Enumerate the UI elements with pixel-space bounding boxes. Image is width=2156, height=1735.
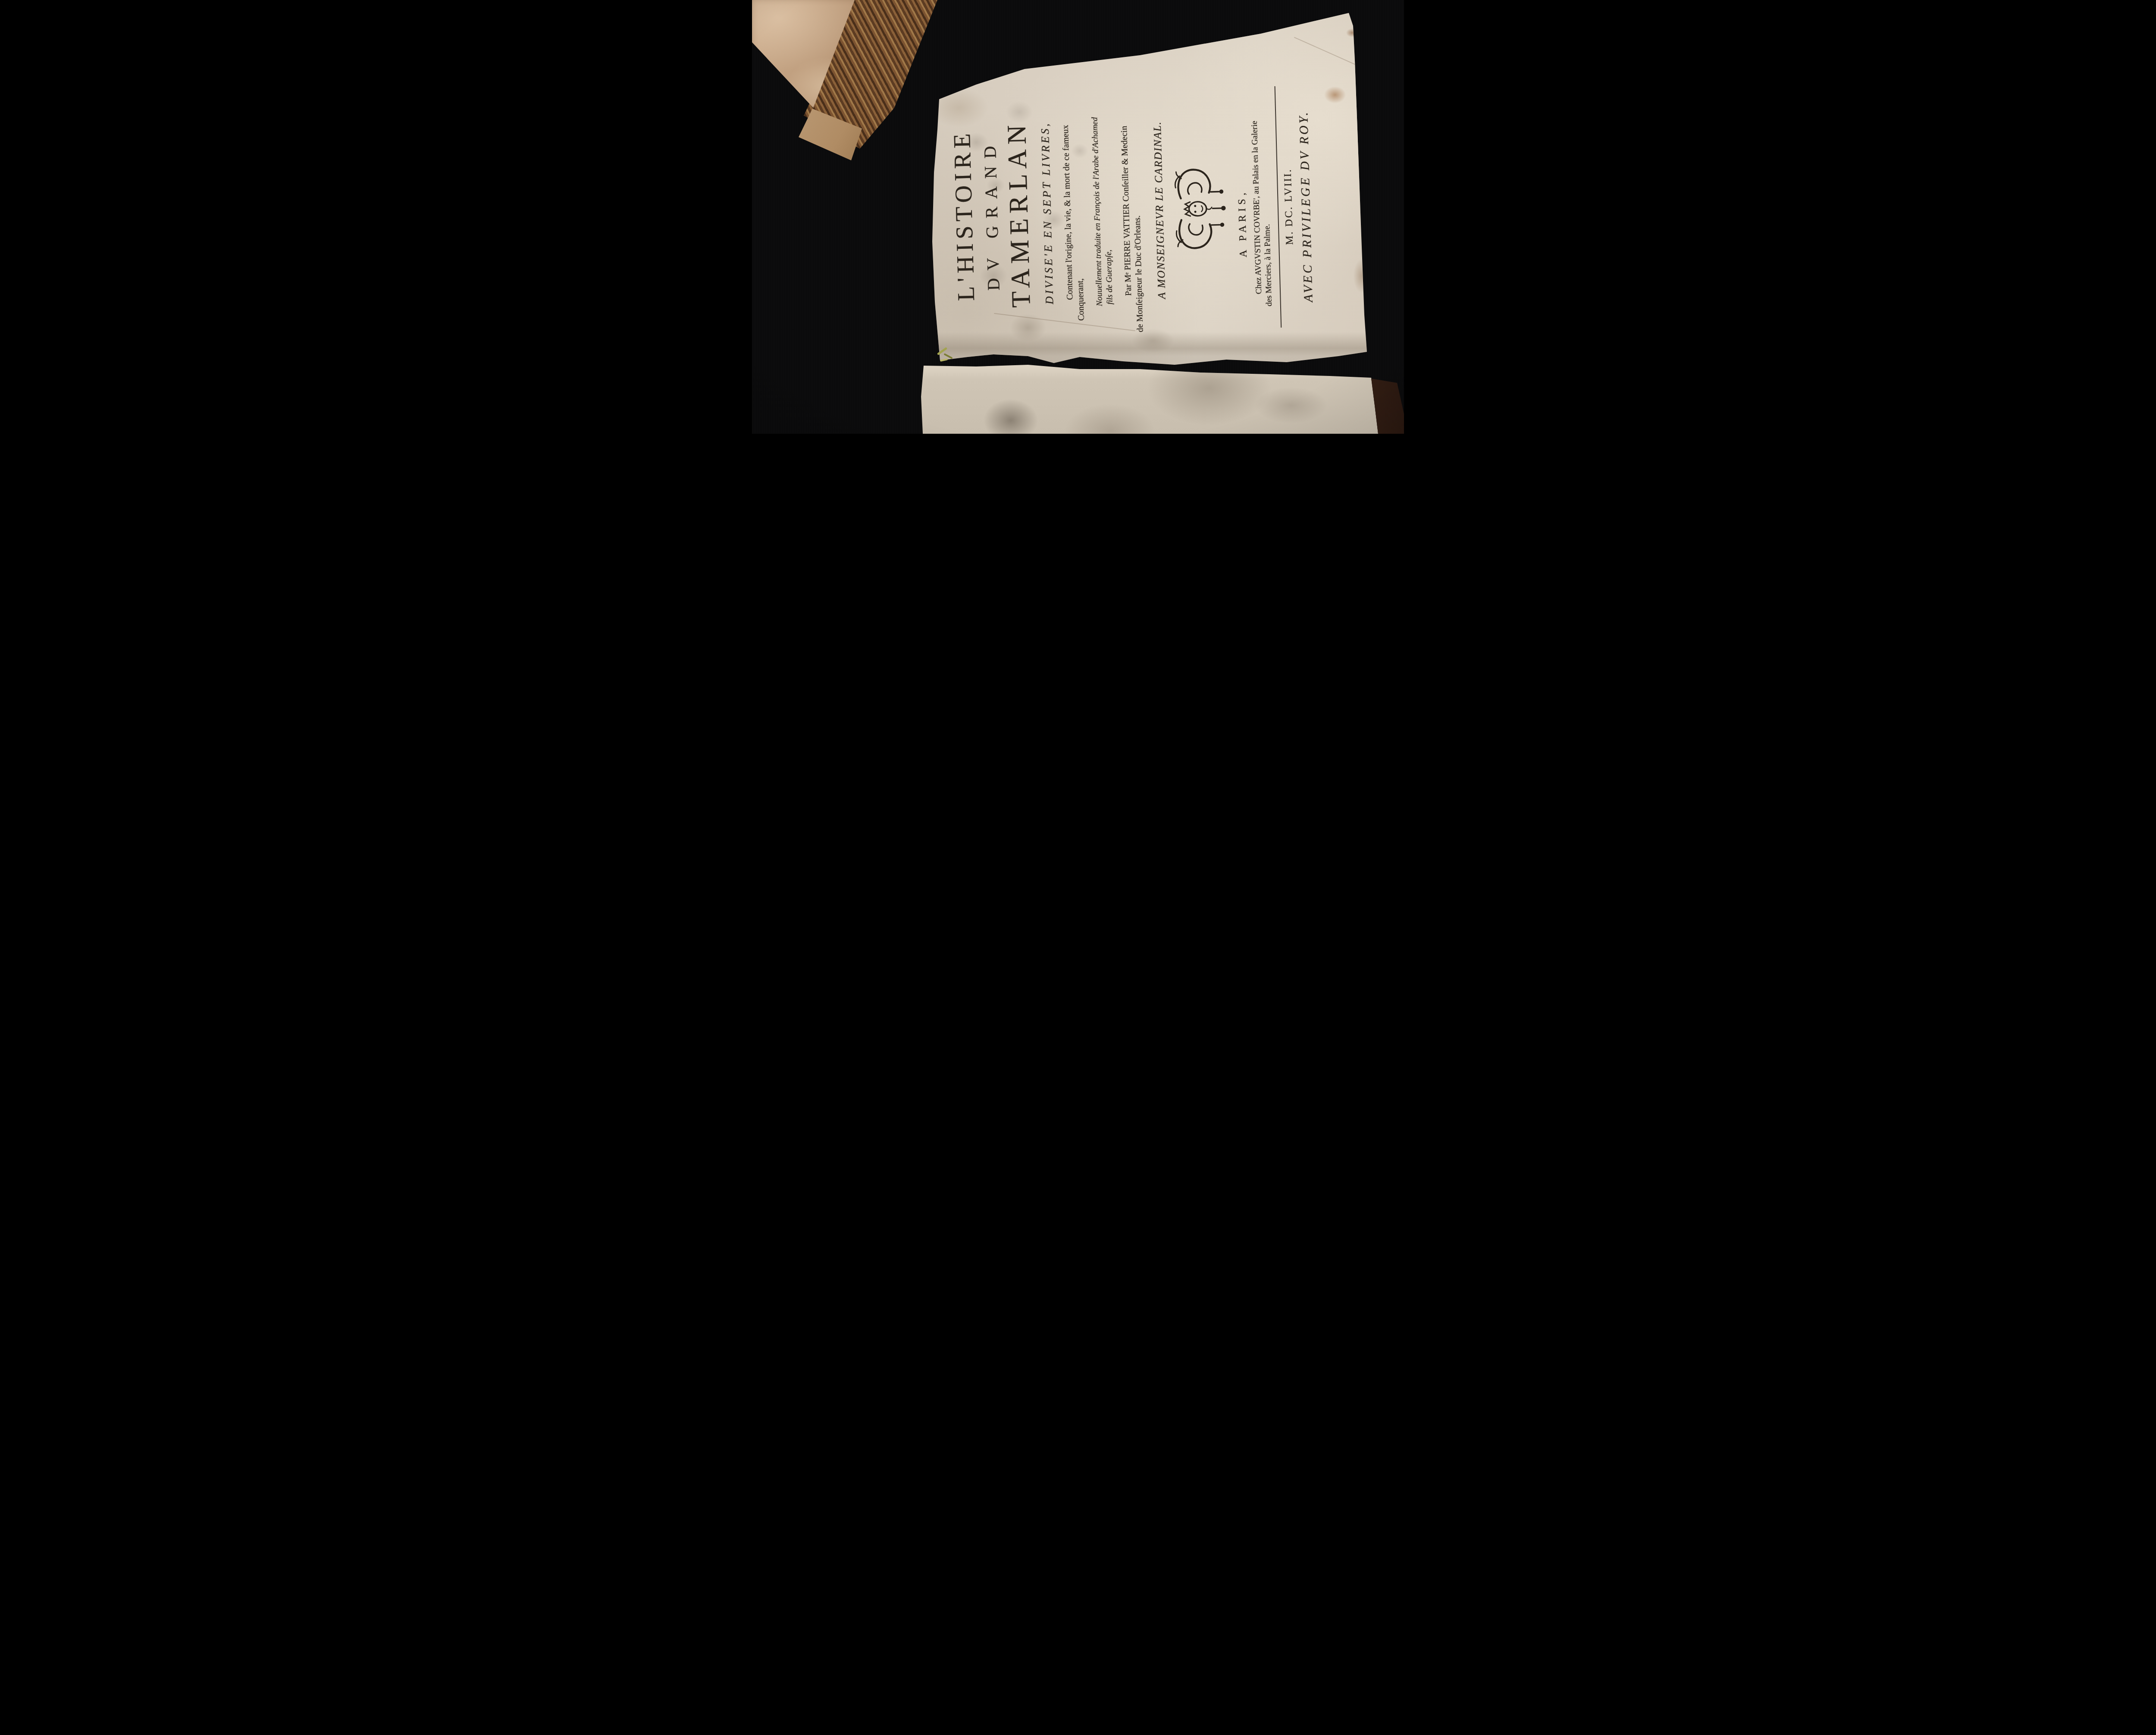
division-line: DIVISE'E EN SEPT LIVRES, xyxy=(1040,122,1056,305)
printer-ornament xyxy=(1172,162,1228,256)
contents-line-2: Conquerant, xyxy=(1076,278,1086,321)
author-line-1: Par Mᵉ PIERRE VATTIER Conſeiller & Medec… xyxy=(1120,126,1133,296)
imprint-publisher: Chez AVGVSTIN COVRBE', au Palais en la G… xyxy=(1250,121,1263,294)
main-title-line-1: L'HISTOIRE xyxy=(950,129,978,301)
paper-crease xyxy=(1294,37,1361,67)
dedication-line: A MONSEIGNEVR LE CARDINAL. xyxy=(1152,121,1168,299)
imprint-city: A PARIS, xyxy=(1237,189,1249,257)
main-title-line-2: DV GRAND xyxy=(981,138,1003,291)
author-line-2: de Monſeigneur le Duc d'Orleans. xyxy=(1133,215,1144,332)
translation-line-1: Nouuellement traduite en François de l'A… xyxy=(1091,117,1103,306)
contents-line-1: Contenant l'origine, la vie, & la mort d… xyxy=(1061,125,1075,300)
translation-line-2: fils de Guerapſe, xyxy=(1104,250,1114,305)
imprint-rule xyxy=(1275,86,1282,328)
imprint-date: M. DC. LVIII. xyxy=(1283,168,1295,245)
main-title-line-3: TAMERLAN xyxy=(1003,119,1034,308)
privilege-line: AVEC PRIVILEGE DV ROY. xyxy=(1297,110,1315,302)
photo-stage: L'HISTOIRE DV GRAND TAMERLAN DIVISE'E EN… xyxy=(752,0,1404,434)
imprint-address: des Merciers, à la Palme. xyxy=(1263,224,1273,306)
title-text-block: L'HISTOIRE DV GRAND TAMERLAN DIVISE'E EN… xyxy=(947,76,1341,344)
